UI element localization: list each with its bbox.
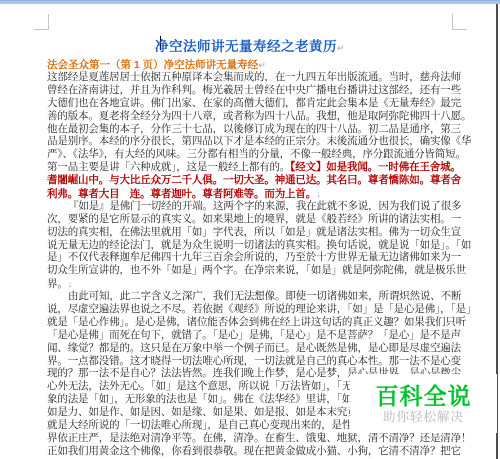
document-page: 净空法师讲无量寿经之老黄历↵ 法会圣众第一（第 1 页）净空法师讲无量寿经↵ 这… <box>0 0 500 459</box>
body-text: 善的版本。夏老将全经分为四十八章，或者称为四十八品。我想，他是取阿弥陀佛四十八愿… <box>47 111 471 122</box>
section-heading: 法会圣众第一（第 1 页）净空法师讲无量寿经↵ <box>47 57 266 72</box>
text-line: 曾经在济南讲过，并且为作科判。梅光羲居士曾经在中央广播电台播讲过这部经，还有一些 <box>47 85 477 98</box>
body-text: 正如我们用黄金这个佛像，你看到很恭敬。现在把黄金做成小猫、小狗，它清不清净？把它 <box>47 446 461 457</box>
text-line: 切众生所宣讲的，也不外「如是」两个字。在净宗来说，「如是」就是阿弥陀佛，就是极乐… <box>47 265 477 278</box>
body-text: 他在最初会集的本子，分作三十七品，以後修订成为现在的四十八品。初二品是通序，第三 <box>47 124 461 135</box>
body-text: 说无量无边的经论法门，就是为众生说明一切诸法的真实相。换句话说，就是说「如是」。… <box>47 240 471 251</box>
text-line: 这部经是夏莲居居士依据五种原译本会集而成的，在一九四五年出版流通。当时，慈舟法师 <box>47 72 477 85</box>
body-text: 是」不仅代表释迦牟尼佛四十九年三百余会所说的，乃至於十方世界无量无边诸佛如来为一 <box>47 252 461 263</box>
body-text: 就是「是心作佛」。是心是佛，诸位能否体会到佛在经上讲这句话的真正义趣？如果我们只… <box>47 317 466 328</box>
text-line: 品是别序。本经的序分很长，第四品以下才是本经的正宗分。末後流通分也很长，确实像《… <box>47 136 477 149</box>
body-text: 曾经在济南讲过，并且为作科判。梅光羲居士曾经在中央广播电台播讲过这部经，还有一些 <box>47 85 461 96</box>
body-text: 切众生所宣讲的，也不外「如是」两个字。在净宗来说，「如是」就是阿弥陀佛，就是极乐… <box>47 265 466 276</box>
scripture-text: 【经文】如是我闻。一时佛在王舍城。 <box>290 162 461 173</box>
body-text: 严》、《法华》，有大经的风味。三分都有相当的分量，不像一般经典，序分跟流通分皆简… <box>47 149 466 160</box>
text-line: 『如是』是佛门一切经的开端。这两个字的来源，我在此就不多说，因为我们说了很多 <box>47 201 477 214</box>
text-line: 说，尽虚空遍法界也说之不尽。若依据《观经》所说的理论来讲，「如」是「是心是佛」，… <box>47 304 477 317</box>
text-line: 就是「是心作佛」。是心是佛，诸位能否体会到佛在经上讲这句话的真正义趣？如果我们只… <box>47 317 477 330</box>
body-text: 第一品主要是讲「六种成就」，这是一般经上都有的。 <box>47 162 290 173</box>
section-heading-text: 法会圣众第一（第 1 页）净空法师讲无量寿经 <box>47 59 258 71</box>
body-text: 次，要紧的是它所显示的真实义。如来果地上的境界，就是《般若经》所讲的诸法实相。一 <box>47 214 461 225</box>
text-line: 耆闍崛山中。与大比丘众万二千人俱。一切大圣。神通已达。其名曰。尊者憍陈如。尊者舍 <box>47 175 477 188</box>
text-line: 界。↓ <box>47 278 477 291</box>
body-text: 『如是』是佛门一切经的开端。这两个字的来源，我在此就不多说，因为我们说了很多 <box>68 201 461 212</box>
body-text: 这部经是夏莲居居士依据五种原译本会集而成的，在一九四五年出版流通。当时，慈舟法师 <box>47 72 461 83</box>
paragraph-mark: ↓ <box>68 279 72 289</box>
body-text: 如是力、如是作、如是因、如是缘、如是果、如是报、如是本末究竟 <box>47 407 358 418</box>
text-boundary-mark-top-right <box>452 14 467 30</box>
watermark-brand: 百科全说 <box>376 383 472 409</box>
body-text: 象的法是「如」，无形象的法也是「如」。佛在《法华经》里讲，「如是 <box>47 394 362 405</box>
text-line: 严》、《法华》，有大经的风味。三分都有相当的分量，不像一般经典，序分跟流通分皆简… <box>47 149 477 162</box>
body-text: 就是大经所说的「一切法唯心所现」，是自己真心变现出来的，是性德 <box>47 420 363 431</box>
text-line: 界依正庄严，是法绝对清净平等。在佛，清净。在畜生、饿鬼、地狱，清不清净？还是清净… <box>47 433 477 446</box>
body-text: 界依正庄严，是法绝对清净平等。在佛，清净。在畜生、饿鬼、地狱，清不清净？还是清净… <box>47 433 471 444</box>
text-line: 说无量无边的经论法门，就是为众生说明一切诸法的真实相。换句话说，就是说「如是」。… <box>47 240 477 253</box>
body-text: 「是心是佛」而死在句下，就错了。「是心」是佛，「是心」是不是菩萨？「是心」是不是… <box>47 330 461 341</box>
body-text: 切法的真实相，在佛法里就用「如」字代表，所以「如是」就是诸法实相。佛为一切众生宣 <box>47 227 461 238</box>
watermark-tagline: 助你轻松解决 <box>383 409 464 425</box>
paragraph-mark: ↵ <box>258 60 266 70</box>
text-line: 由此可知，此二字含义之深广，我们无法想像。即使一切诸佛如来，所谓炽然说、不断 <box>47 291 477 304</box>
body-text: 心外无法，法外无心。「如」是这个意思，所以说「万法皆如」，「无形 <box>47 381 362 392</box>
watermark-overlay: 百科全说 助你轻松解决 <box>350 374 497 433</box>
body-text: 说，尽虚空遍法界也说之不尽。若依据《观经》所说的理论来讲，「如」是「是心是佛」，… <box>47 304 476 315</box>
text-boundary-mark-top-left <box>34 14 49 30</box>
text-line: 利弗。尊者大目 连。尊者迦叶。尊者阿难等。而为上首。↓ <box>47 188 477 201</box>
body-text: 由此可知，此二字含义之深广，我们无法想像。即使一切诸佛如来，所谓炽然说、不断 <box>68 291 461 302</box>
text-line: 闻、缘觉？都是的。这只是在万象中举一个例子而已。是心既然是佛，是心即是尽虚空遍法 <box>47 343 477 356</box>
text-line: 正如我们用黄金这个佛像，你看到很恭敬。现在把黄金做成小猫、小狗，它清不清净？把它 <box>47 446 477 459</box>
paragraph-mark: ↵ <box>337 43 345 53</box>
window-top-strip <box>0 0 500 4</box>
text-line: 他在最初会集的本子，分作三十七品，以後修订成为现在的四十八品。初二品是通序，第三 <box>47 124 477 137</box>
text-line: 大德们也在各地宣讲。佛门出家、在家的高僧大德们，都肯定此会集本是《无量寿经》最完 <box>47 98 477 111</box>
page-title: 净空法师讲无量寿经之老黄历↵ <box>0 35 500 55</box>
body-text: 品是别序。本经的序分很长，第四品以下才是本经的正宗分。末後流通分也很长，确实像《… <box>47 136 471 147</box>
text-line: 切法的真实相，在佛法里就用「如」字代表，所以「如是」就是诸法实相。佛为一切众生宣 <box>47 227 477 240</box>
text-line: 第一品主要是讲「六种成就」，这是一般经上都有的。【经文】如是我闻。一时佛在王舍城… <box>47 162 477 175</box>
body-text: 闻、缘觉？都是的。这只是在万象中举一个例子而已。是心既然是佛，是心即是尽虚空遍法 <box>47 343 461 354</box>
scripture-text: 耆闍崛山中。与大比丘众万二千人俱。一切大圣。神通已达。其名曰。尊者憍陈如。尊者舍 <box>47 175 461 186</box>
page-title-text: 净空法师讲无量寿经之老黄历 <box>155 39 337 54</box>
text-line: 「是心是佛」而死在句下，就错了。「是心」是佛，「是心」是不是菩萨？「是心」是不是… <box>47 330 477 343</box>
body-text: 界。 <box>47 279 68 290</box>
body-text: 界。一点都没错。这才晓得一切法唯心所现，一切法就是自己的真心本性。那一法不是心变 <box>47 356 461 367</box>
text-line: 善的版本。夏老将全经分为四十八章，或者称为四十八品。我想，他是取阿弥陀佛四十八愿… <box>47 111 477 124</box>
text-line: 界。一点都没错。这才晓得一切法唯心所现，一切法就是自己的真心本性。那一法不是心变 <box>47 356 477 369</box>
paragraph-mark: ↓ <box>316 189 320 199</box>
scripture-text: 利弗。尊者大目 连。尊者迦叶。尊者阿难等。而为上首。 <box>47 189 316 200</box>
body-text: 大德们也在各地宣讲。佛门出家、在家的高僧大德们，都肯定此会集本是《无量寿经》最完 <box>47 98 461 109</box>
text-line: 是」不仅代表释迦牟尼佛四十九年三百余会所说的，乃至於十方世界无量无边诸佛如来为一 <box>47 252 477 265</box>
text-line: 次，要紧的是它所显示的真实义。如来果地上的境界，就是《般若经》所讲的诸法实相。一 <box>47 214 477 227</box>
